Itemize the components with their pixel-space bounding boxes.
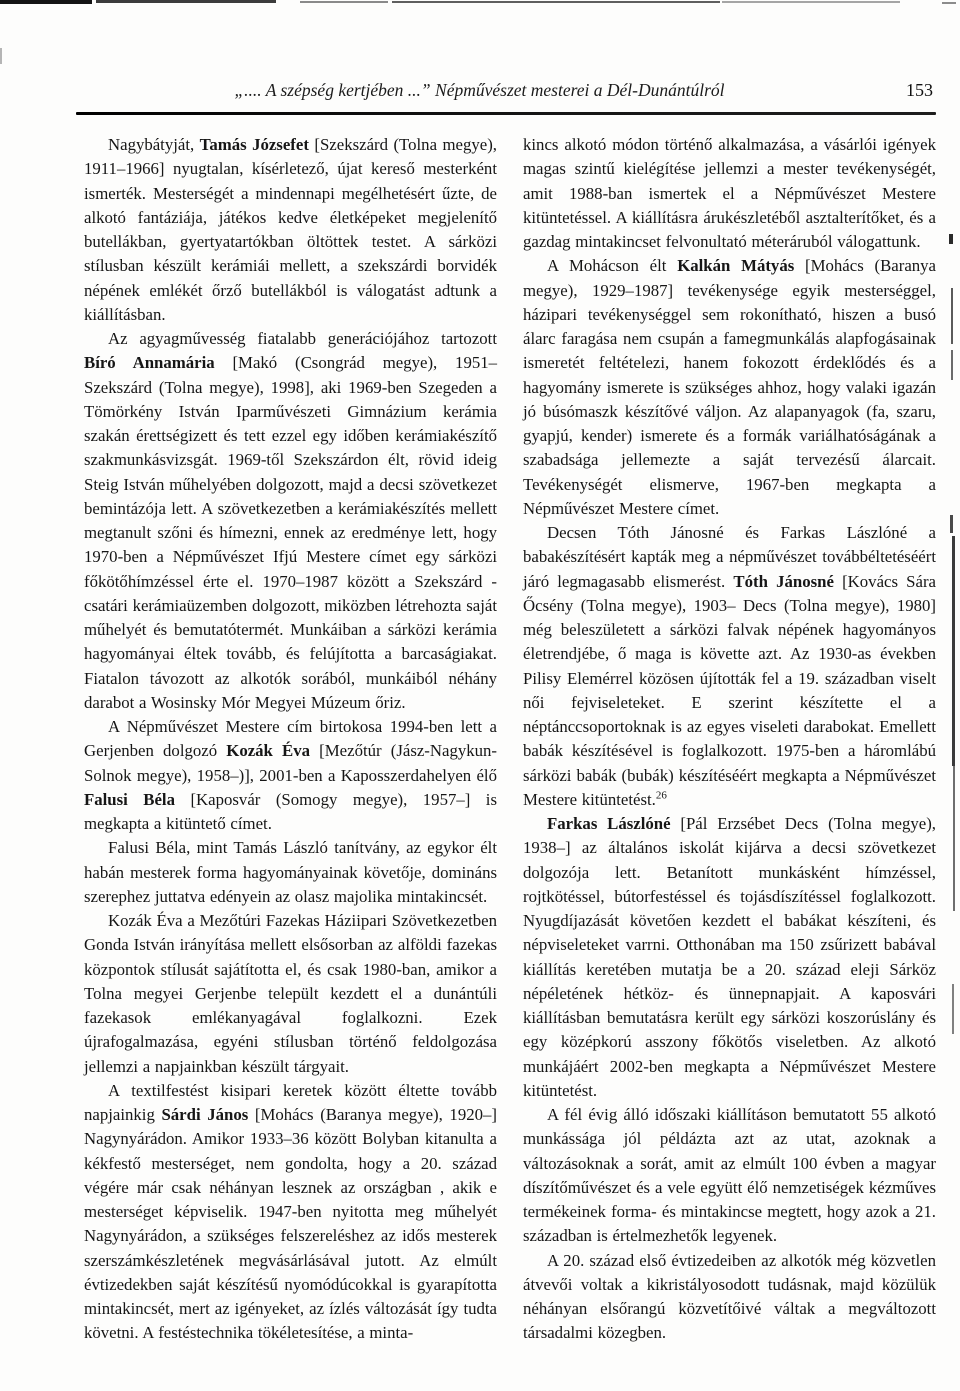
running-header: „.... A szépség kertjében ...” Népművész… bbox=[84, 80, 935, 106]
person-name: Kozák Éva bbox=[226, 741, 310, 760]
scan-artifact-top-edge bbox=[0, 0, 92, 4]
text-run: Kozák Éva a Mezőtúri Fazekas Háziipari S… bbox=[84, 911, 497, 1076]
scan-artifact-top-edge bbox=[392, 1, 720, 3]
person-name: Tamás Józsefet bbox=[200, 135, 309, 154]
text-run: Az agyagművesség fiatalabb generációjáho… bbox=[108, 329, 497, 348]
text-columns: Nagybátyját, Tamás Józsefet [Szekszárd (… bbox=[84, 133, 936, 1346]
text-run: A 20. század első évtizedeiben az alkotó… bbox=[523, 1251, 936, 1343]
paragraph: Nagybátyját, Tamás Józsefet [Szekszárd (… bbox=[84, 133, 497, 327]
scan-artifact-binding-mark bbox=[951, 350, 953, 380]
scan-artifact-binding-mark bbox=[952, 536, 955, 766]
person-name: Farkas Lászlóné bbox=[547, 814, 671, 833]
person-name: Falusi Béla bbox=[84, 790, 175, 809]
scanned-document-page: „.... A szépség kertjében ...” Népművész… bbox=[0, 0, 960, 1391]
scan-artifact-left-edge bbox=[0, 48, 2, 64]
person-name: Bíró Annamária bbox=[84, 353, 215, 372]
text-run: [Mohács (Baranya megye), 1929–1987] tevé… bbox=[523, 256, 936, 518]
paragraph: Falusi Béla, mint Tamás László tanítvány… bbox=[84, 836, 497, 909]
scan-artifact-binding-mark bbox=[951, 288, 953, 344]
scan-artifact-binding-mark bbox=[950, 515, 953, 533]
footnote-reference: 26 bbox=[656, 789, 667, 801]
paragraph: Az agyagművesség fiatalabb generációjáho… bbox=[84, 327, 497, 715]
paragraph: A fél évig álló időszaki kiállításon bem… bbox=[523, 1103, 936, 1249]
person-name: Sárdi János bbox=[161, 1105, 248, 1124]
paragraph: Farkas Lászlóné [Pál Erzsébet Decs (Toln… bbox=[523, 812, 936, 1103]
scan-artifact-top-edge bbox=[300, 1, 388, 3]
text-run: A fél évig álló időszaki kiállításon bem… bbox=[523, 1105, 936, 1245]
scan-artifact-binding-mark bbox=[953, 766, 955, 911]
header-title: „.... A szépség kertjében ...” Népművész… bbox=[84, 80, 875, 101]
text-run: [Pál Erzsébet Decs (Tolna megye), 1938–]… bbox=[523, 814, 936, 1100]
header-rule bbox=[76, 112, 936, 115]
text-run: A Mohácson élt bbox=[547, 256, 677, 275]
text-run: kincs alkotó módon történő alkalmazása, … bbox=[523, 135, 936, 251]
scan-artifact-top-edge bbox=[722, 1, 900, 3]
text-run: [Szekszárd (Tolna megye), 1911–1966] nyu… bbox=[84, 135, 497, 324]
paragraph: A Mohácson élt Kalkán Mátyás [Mohács (Ba… bbox=[523, 254, 936, 521]
paragraph: A Népművészet Mestere cím birtokosa 1994… bbox=[84, 715, 497, 836]
text-run: [Kovács Sára Őcsény (Tolna megye), 1903–… bbox=[523, 572, 936, 809]
page-number: 153 bbox=[906, 80, 933, 101]
text-run: [Makó (Csongrád megye), 1951– Szekszárd … bbox=[84, 353, 497, 712]
scan-artifact-binding-mark bbox=[949, 234, 953, 244]
paragraph: kincs alkotó módon történő alkalmazása, … bbox=[523, 133, 936, 254]
paragraph: Kozák Éva a Mezőtúri Fazekas Háziipari S… bbox=[84, 909, 497, 1079]
person-name: Tóth Jánosné bbox=[733, 572, 834, 591]
paragraph: A 20. század első évtizedeiben az alkotó… bbox=[523, 1249, 936, 1346]
paragraph: Decsen Tóth Jánosné és Farkas Lászlóné a… bbox=[523, 521, 936, 812]
scan-artifact-binding-mark bbox=[952, 984, 954, 1034]
scan-artifact-top-edge bbox=[96, 0, 276, 3]
person-name: Kalkán Mátyás bbox=[677, 256, 794, 275]
scan-artifact-top-edge bbox=[942, 2, 956, 4]
right-column: kincs alkotó módon történő alkalmazása, … bbox=[523, 133, 936, 1346]
text-run: [Mohács (Baranya megye), 1920–] Nagynyár… bbox=[84, 1105, 497, 1342]
left-column: Nagybátyját, Tamás Józsefet [Szekszárd (… bbox=[84, 133, 497, 1346]
text-run: Nagybátyját, bbox=[108, 135, 200, 154]
paragraph: A textilfestést kisipari keretek között … bbox=[84, 1079, 497, 1346]
text-run: Falusi Béla, mint Tamás László tanítvány… bbox=[84, 838, 497, 906]
